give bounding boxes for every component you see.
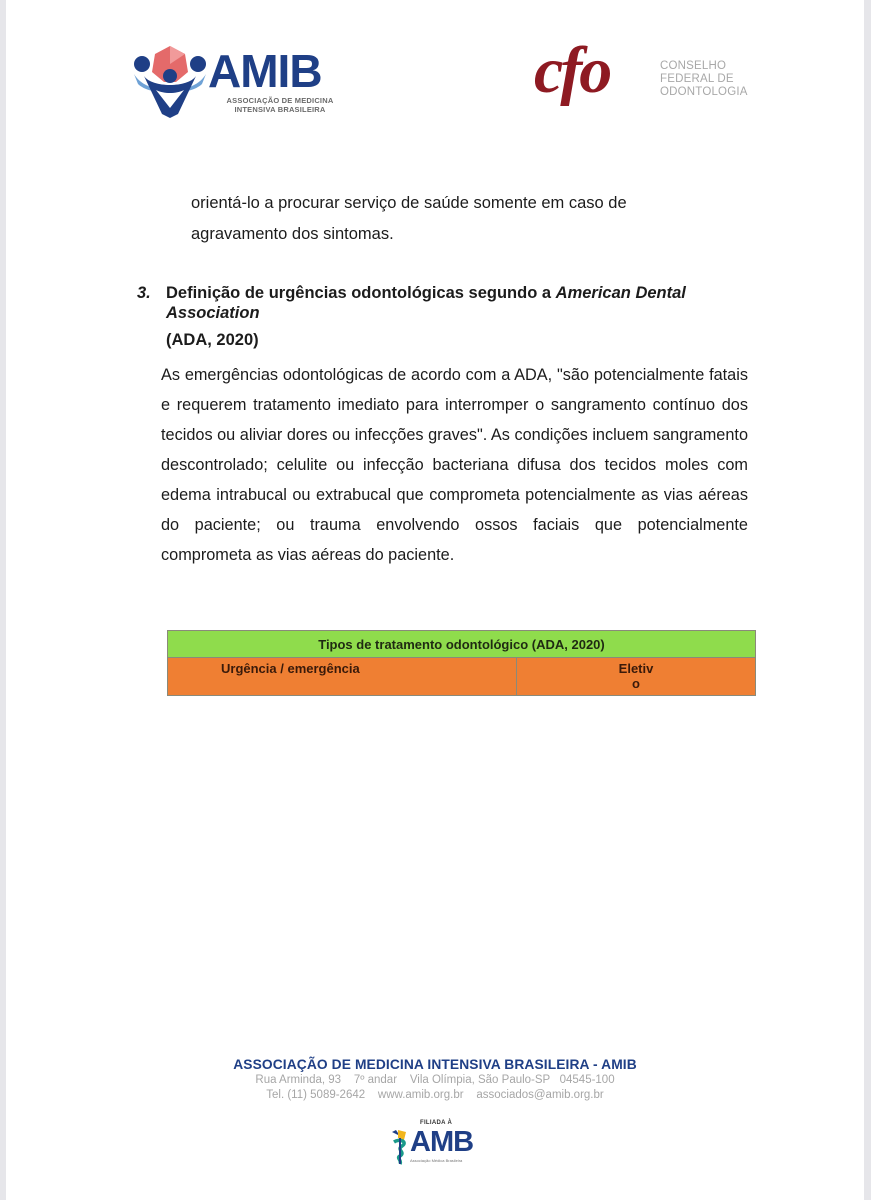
table-row: Urgência / emergência Eletivo xyxy=(168,658,756,696)
amib-logo: AMIB ASSOCIAÇÃO DE MEDICINA INTENSIVA BR… xyxy=(130,44,350,118)
column-elective-label: Eletivo xyxy=(616,661,656,691)
amb-wordmark: AMB xyxy=(410,1126,473,1158)
continuation-line-2: agravamento dos sintomas. xyxy=(191,219,731,250)
continuation-line-1: orientá-lo a procurar serviço de saúde s… xyxy=(191,188,731,219)
amb-subtitle: Associação Médica Brasileira xyxy=(410,1158,462,1163)
document-page: AMIB ASSOCIAÇÃO DE MEDICINA INTENSIVA BR… xyxy=(6,0,864,1200)
amb-caduceus-icon xyxy=(390,1128,412,1166)
amib-subtitle-line-2: INTENSIVA BRASILEIRA xyxy=(210,105,350,114)
body-paragraph: As emergências odontológicas de acordo c… xyxy=(161,360,748,570)
treatment-types-table: Tipos de tratamento odontológico (ADA, 2… xyxy=(167,630,756,696)
cfo-subtitle: CONSELHO FEDERAL DE ODONTOLOGIA xyxy=(660,60,748,99)
section-reference: (ADA, 2020) xyxy=(166,331,259,350)
section-title: Definição de urgências odontológicas seg… xyxy=(166,283,746,323)
column-elective: Eletivo xyxy=(517,658,756,696)
amib-subtitle-line-1: ASSOCIAÇÃO DE MEDICINA xyxy=(210,96,350,105)
cfo-logo: cfo CONSELHO FEDERAL DE ODONTOLOGIA xyxy=(534,46,774,116)
footer-address: Rua Arminda, 93 7º andar Vila Olímpia, S… xyxy=(6,1074,864,1086)
footer-contact: Tel. (11) 5089-2642 www.amib.org.br asso… xyxy=(6,1089,864,1101)
table-header-row: Tipos de tratamento odontológico (ADA, 2… xyxy=(168,631,756,658)
column-urgency: Urgência / emergência xyxy=(168,658,517,696)
footer-organization: ASSOCIAÇÃO DE MEDICINA INTENSIVA BRASILE… xyxy=(6,1057,864,1072)
amb-logo: FILIADA À AMB Associação Médica Brasilei… xyxy=(386,1120,496,1170)
table-title: Tipos de tratamento odontológico (ADA, 2… xyxy=(168,631,756,658)
cfo-wordmark: cfo xyxy=(534,36,609,106)
amib-subtitle: ASSOCIAÇÃO DE MEDICINA INTENSIVA BRASILE… xyxy=(210,96,350,114)
section-number: 3. xyxy=(137,283,151,303)
amib-emblem-icon xyxy=(130,44,210,118)
amib-wordmark: AMIB xyxy=(208,46,322,96)
cfo-subtitle-line-1: CONSELHO xyxy=(660,60,748,73)
cfo-subtitle-line-2: FEDERAL DE xyxy=(660,73,748,86)
cfo-subtitle-line-3: ODONTOLOGIA xyxy=(660,86,748,99)
section-title-regular: Definição de urgências odontológicas seg… xyxy=(166,284,556,302)
continuation-paragraph: orientá-lo a procurar serviço de saúde s… xyxy=(191,188,731,250)
